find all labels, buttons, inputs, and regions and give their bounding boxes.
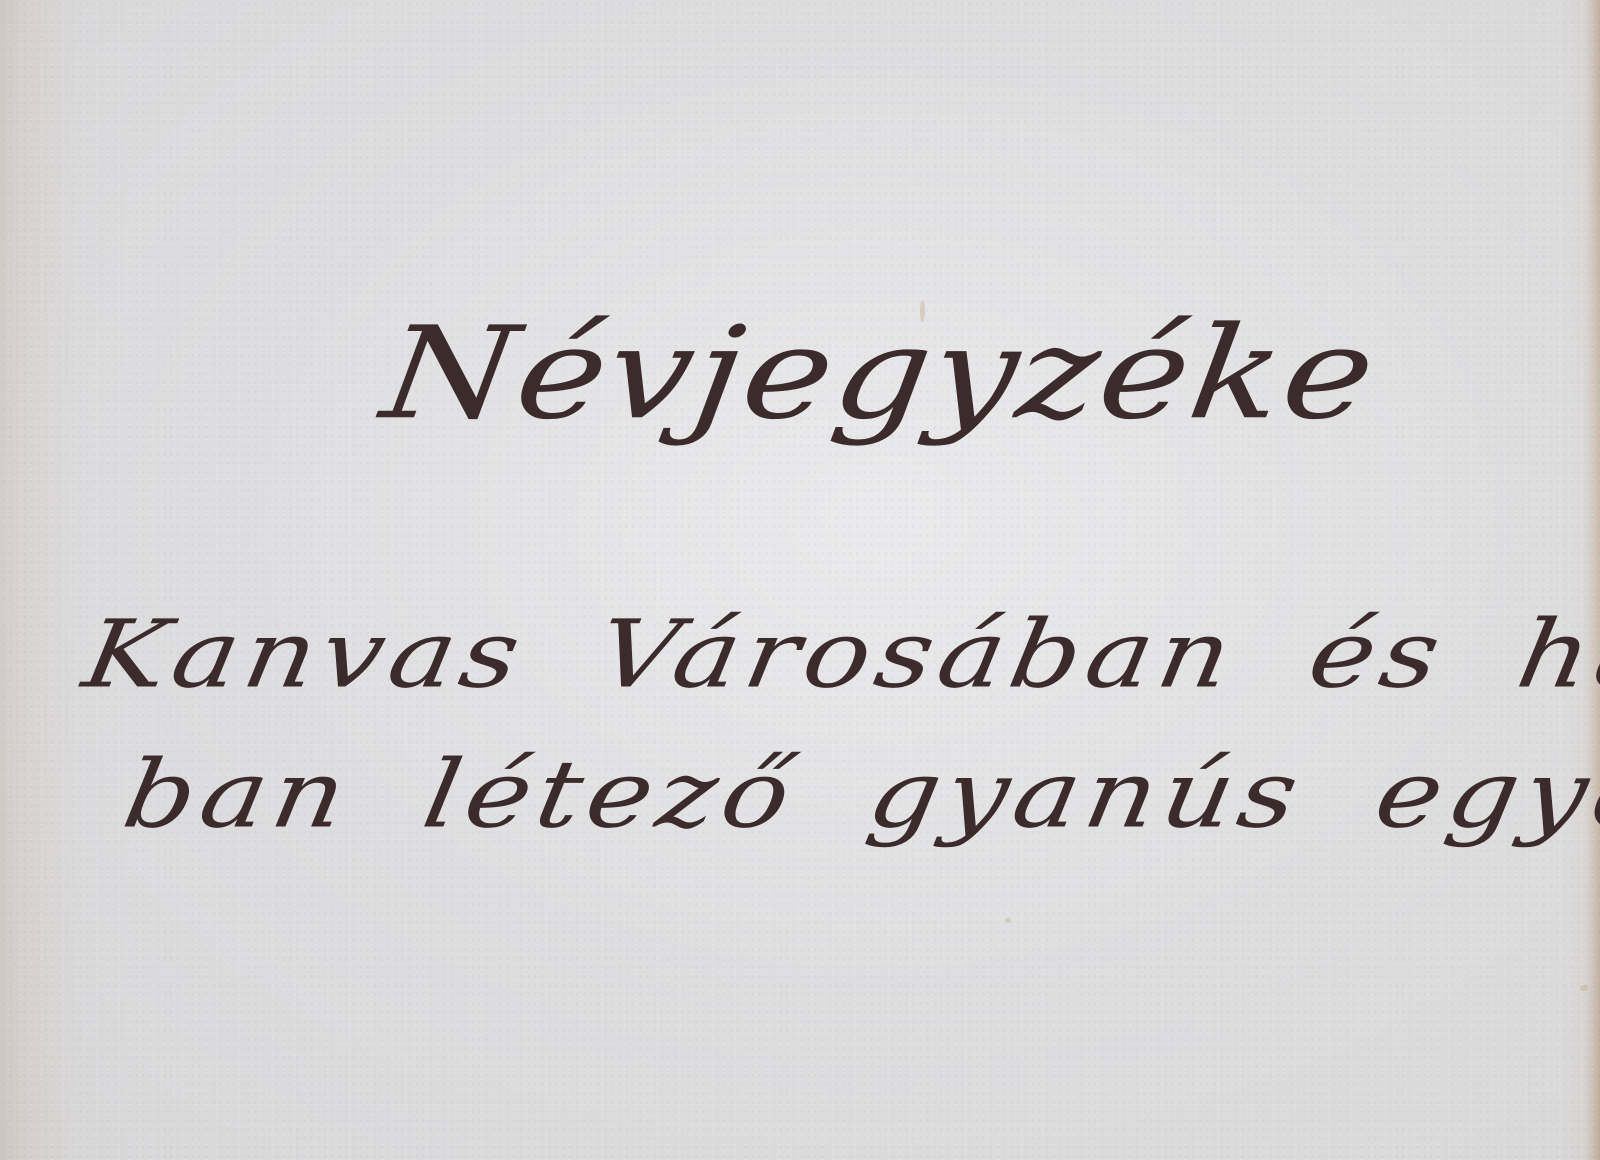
word: gyanús — [860, 740, 1311, 849]
handwritten-line-2: Kanvas Városában és határá- — [76, 600, 1600, 709]
word: egyéneknek — [1368, 740, 1600, 849]
paper-texture — [0, 0, 1600, 1160]
paper-stain — [1580, 985, 1588, 991]
word: létező — [416, 740, 805, 849]
word: ban — [116, 740, 360, 849]
word: és — [1301, 600, 1454, 709]
title-line: Névjegyzéke — [374, 300, 1419, 448]
manuscript-page: Névjegyzéke Kanvas Városában és határá- … — [0, 0, 1600, 1160]
word: határá- — [1510, 600, 1600, 709]
place-name-word: Kanvas — [76, 600, 534, 709]
title-word: Névjegyzéke — [374, 300, 1385, 448]
paper-stain — [1005, 918, 1011, 923]
word: Városában — [590, 600, 1246, 709]
handwritten-line-3: ban létező gyanús egyéneknek — [116, 740, 1600, 849]
